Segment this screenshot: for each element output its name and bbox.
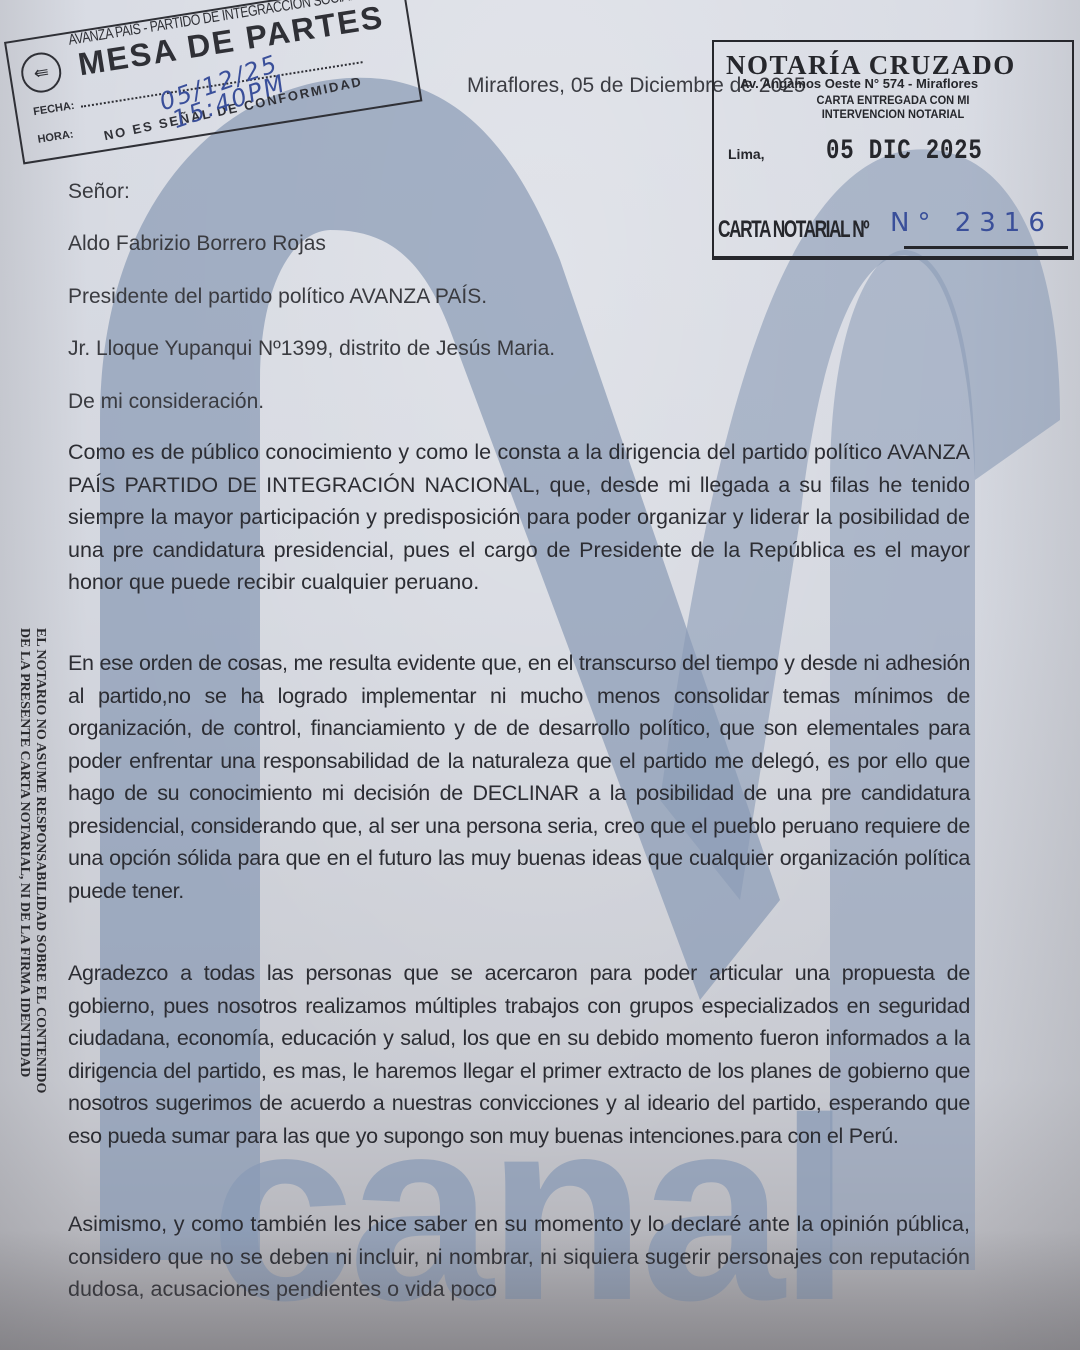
salutation: Señor: [68, 180, 130, 204]
paragraph-2: En ese orden de cosas, me resulta eviden… [68, 647, 970, 907]
notary-address: Av. Angamos Oeste N° 574 - Miraflores [740, 76, 978, 91]
notary-side-note: EL NOTARIO NO ASUME RESPONSABILIDAD SOBR… [16, 628, 48, 1128]
letter-document: ⇚ AVANZA PAIS - PARTIDO DE INTEGRACCION … [0, 0, 1080, 1350]
side-note-line-1: EL NOTARIO NO ASUME RESPONSABILIDAD SOBR… [32, 628, 48, 1128]
notary-line-1: CARTA ENTREGADA CON MI [728, 93, 1057, 107]
carta-number: N° 2316 [890, 208, 1053, 238]
recipient-address: Jr. Lloque Yupanqui Nº1399, distrito de … [68, 337, 555, 361]
notary-line-2: INTERVENCION NOTARIAL [728, 107, 1057, 121]
paragraph-3: Agradezco a todas las personas que se ac… [68, 957, 970, 1152]
notary-date: 05 DIC 2025 [826, 136, 983, 167]
fecha-label: FECHA: [32, 100, 75, 118]
recipient-name: Aldo Fabrizio Borrero Rojas [68, 232, 326, 256]
stamp-hora-row: HORA: [37, 128, 74, 145]
greeting: De mi consideración. [68, 390, 264, 414]
paragraph-1: Como es de público conocimiento y como l… [68, 436, 970, 599]
side-note-line-2: DE LA PRESENTE CARTA NOTARIAL, NI DE LA … [16, 628, 32, 1128]
hora-label: HORA: [37, 128, 74, 145]
party-logo-icon: ⇚ [18, 50, 64, 96]
paragraph-4: Asimismo, y como también les hice saber … [68, 1208, 970, 1306]
recipient-title: Presidente del partido político AVANZA P… [68, 285, 487, 309]
underline [904, 246, 1068, 249]
notary-stamp: NOTARÍA CRUZADO Av. Angamos Oeste N° 574… [712, 40, 1074, 258]
notary-city: Lima, [728, 146, 765, 162]
reception-stamp: ⇚ AVANZA PAIS - PARTIDO DE INTEGRACCION … [4, 0, 422, 164]
carta-notarial-label: CARTA NOTARIAL Nº [718, 216, 868, 244]
